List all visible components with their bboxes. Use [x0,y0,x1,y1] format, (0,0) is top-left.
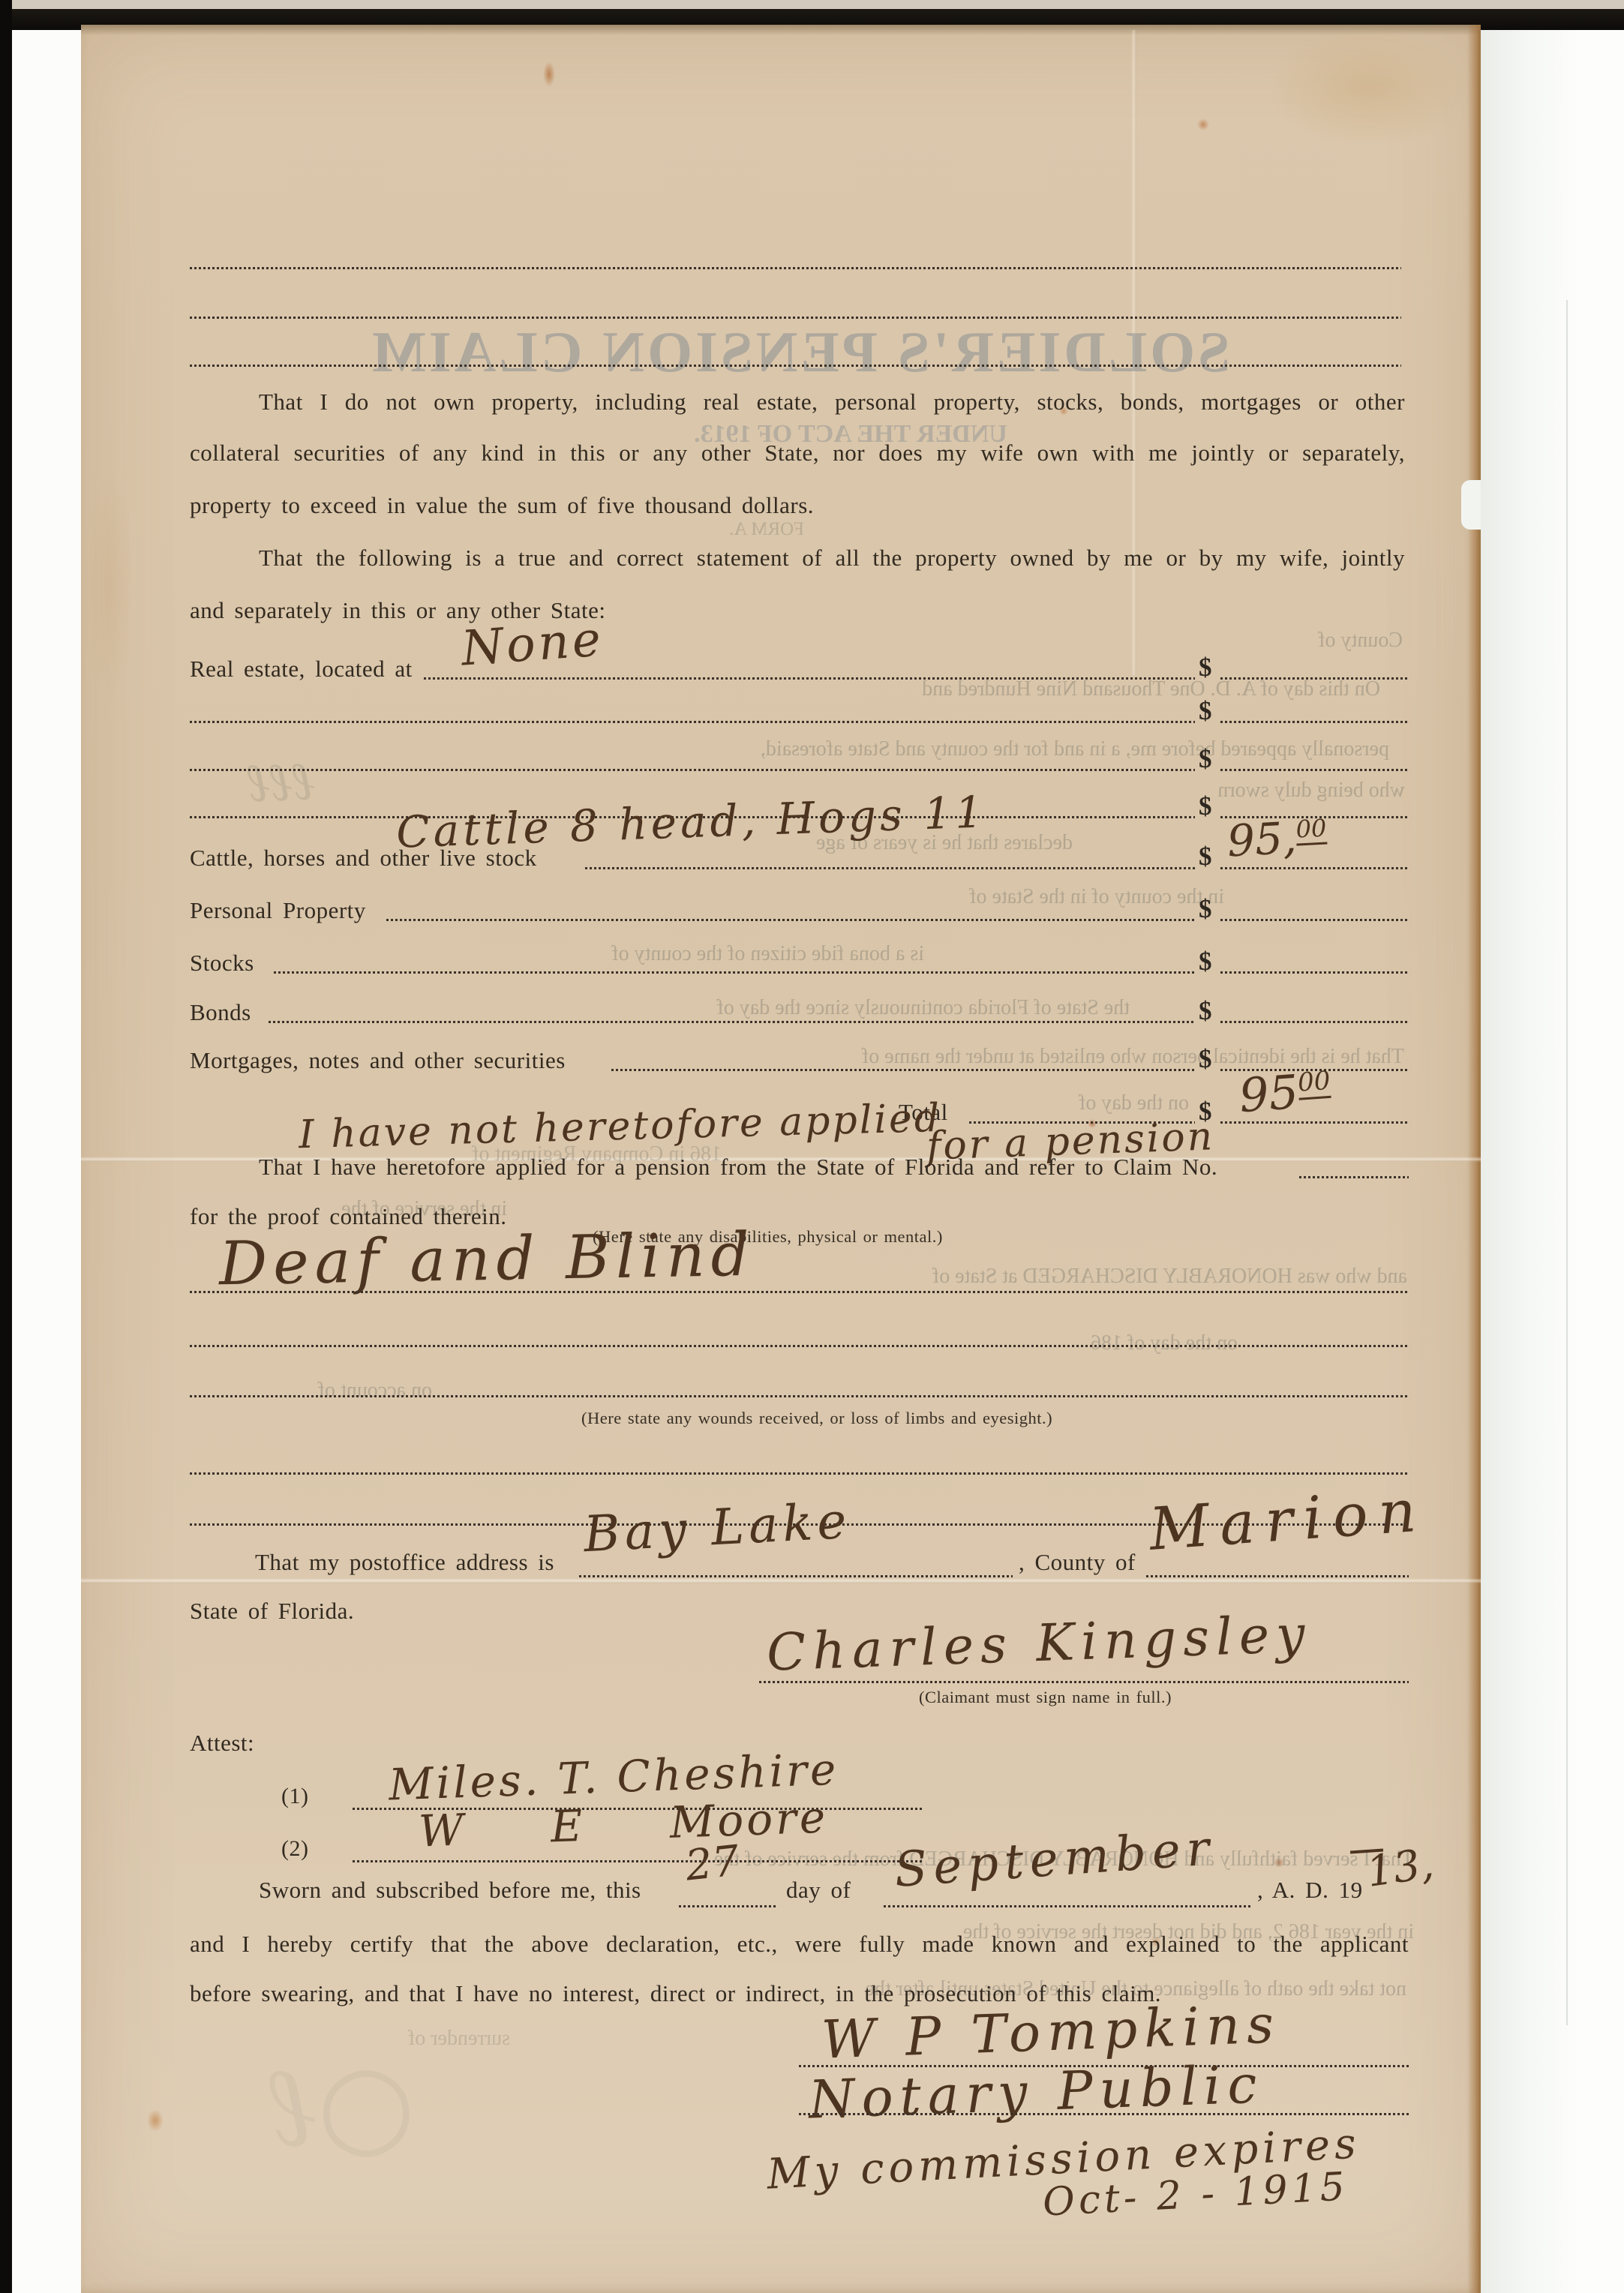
bleedthrough-script: ○ℓ [268,2038,417,2174]
sign-caption: (Claimant must sign name in full.) [919,1688,1172,1707]
paper-stain [1197,119,1209,131]
scan-shadow-line [1566,300,1568,2025]
mortgages-label: Mortgages, notes and other securities [190,1047,566,1074]
amount-line [1220,721,1409,723]
blank-line [190,317,1401,319]
stocks-line [274,971,1195,974]
blank-property-line [190,721,1195,723]
disabilities-handwriting: Deaf and Blind [218,1220,755,1298]
paper-stain [83,465,135,705]
bonds-line [269,1021,1195,1023]
bleedthrough-line: On this day of A. D. One Thousand Nine H… [323,677,1380,701]
disabilities-line [190,1291,1409,1293]
real-estate-value-handwriting: None [460,611,605,677]
bleedthrough-line: in the county of in the State of [264,885,1224,909]
witness1-number: (1) [281,1784,308,1809]
signature-line [759,1681,1409,1683]
real-estate-line [424,677,1195,680]
dollar-sign: $ [1199,894,1212,924]
cattle-amount-handwriting: 95,00 [1226,811,1328,867]
address-label: That my postoffice address is [255,1549,554,1576]
amount-line [1220,677,1409,680]
address-line [579,1575,1013,1577]
personal-property-line [386,919,1195,921]
sworn-label-3: , A. D. 19 [1257,1877,1363,1904]
paper-stain [543,62,555,87]
county-label: , County of [1019,1549,1136,1576]
cattle-amount-main: 95, [1226,812,1298,867]
blank-line [190,1395,1409,1397]
real-estate-label: Real estate, located at [190,656,413,683]
bonds-label: Bonds [190,999,251,1026]
cattle-amount-cents: 00 [1295,813,1328,845]
scanned-pension-claim-page: SOLDIER'S PENSION CLAIM UNDER THE ACT OF… [0,0,1624,2293]
sworn-day-line [679,1905,778,1907]
amount-line [1220,769,1409,771]
witness2-number: (2) [281,1836,308,1862]
mortgages-line [611,1069,1195,1071]
bleedthrough-line: on the day of 186 [638,1331,1238,1355]
amount-line [1220,1021,1409,1023]
bleedthrough-script: ℓℓℓ [247,749,317,815]
dollar-sign: $ [1199,791,1212,821]
county-line [1146,1575,1409,1577]
blank-line [190,1472,1409,1475]
cattle-line [585,867,1195,869]
paragraph1-line1: That I do not own property, including re… [259,389,1405,416]
paper-stain [1268,27,1470,147]
dollar-sign: $ [1199,996,1212,1026]
bleedthrough-line: is a bona fide citizen of the county of [264,942,924,966]
sworn-day-handwriting: 27 [683,1836,742,1890]
bleedthrough-line: on account of [192,1379,432,1403]
scan-left-border [0,0,12,2293]
blank-property-line [190,769,1195,771]
state-line: State of Florida. [190,1598,354,1625]
bleedthrough-form-label: FORM A. [692,519,804,540]
bleedthrough-title: SOLDIER'S PENSION CLAIM [368,319,1230,386]
dollar-sign: $ [1199,653,1212,683]
paragraph1-line3: property to exceed in value the sum of f… [190,492,814,519]
bleedthrough-line: the State of Florida continuously since … [192,996,1130,1020]
certify-line1: and I hereby certify that the above decl… [190,1931,1409,1958]
sworn-label-1: Sworn and subscribed before me, this [259,1877,641,1904]
attest-label: Attest: [190,1730,254,1757]
bleedthrough-line: County of [1118,629,1403,653]
claim-line1: That I have heretofore applied for a pen… [259,1154,1217,1181]
paper-top-edge [81,25,1481,35]
total-amount-cents: 00 [1297,1066,1331,1100]
stocks-label: Stocks [190,950,254,977]
dollar-sign: $ [1199,842,1212,872]
scan-background-right [1479,21,1624,2293]
dollar-sign: $ [1199,696,1212,726]
claim-number-line [1299,1176,1409,1178]
personal-property-label: Personal Property [190,897,366,924]
paper-stain [147,2109,164,2132]
amount-line [1220,867,1409,869]
paper-edge-notch [1461,480,1481,530]
wounds-caption: (Here state any wounds received, or loss… [581,1409,1052,1428]
sworn-label-2: day of [786,1877,851,1904]
fold-crease [81,1578,1481,1583]
witness2-line [353,1860,924,1862]
blank-line [190,1345,1409,1347]
blank-line [190,267,1401,269]
dollar-sign: $ [1199,744,1212,774]
bleedthrough-line: personally appeared before me, a in and … [264,737,1389,761]
amount-line [1220,919,1409,921]
paragraph2-line1: That the following is a true and correct… [259,545,1405,572]
sworn-month-line [884,1905,1253,1907]
amount-line [1220,971,1409,974]
total-amount-handwriting: 9500 [1238,1062,1333,1123]
total-amount-main: 95 [1238,1064,1301,1123]
paragraph1-line2: collateral securities of any kind in thi… [190,440,1405,467]
notary-title-line [799,2113,1409,2115]
dollar-sign: $ [1199,1044,1212,1074]
blank-line [190,365,1401,367]
dollar-sign: $ [1199,947,1212,977]
sworn-year-handwriting: 13, [1364,1839,1436,1897]
scan-background-left [12,29,84,2293]
